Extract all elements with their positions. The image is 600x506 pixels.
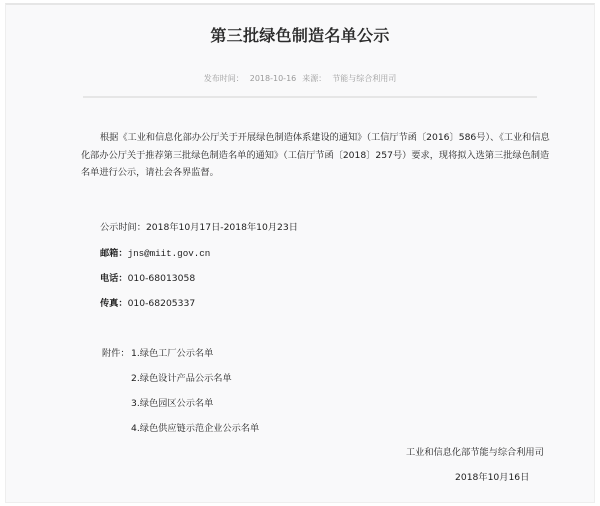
- email-field: 邮箱：jns@miit.gov.cn: [100, 245, 210, 259]
- attachment-link-green-park[interactable]: 3.绿色园区公示名单: [131, 395, 213, 409]
- source-info: 来源：节能与综合利用司: [302, 74, 396, 83]
- fax-field: 传真：010-68205337: [100, 295, 195, 309]
- phone-field: 电话：010-68013058: [100, 270, 195, 284]
- fax-value: 010-68205337: [128, 298, 196, 309]
- signature-date: 2018年10月16日: [455, 469, 529, 483]
- publish-info: 发布时间：2018-10-16: [204, 74, 297, 83]
- attachment-link-green-factory[interactable]: 1.绿色工厂公示名单: [131, 345, 213, 359]
- article-meta: 发布时间：2018-10-16来源：节能与综合利用司: [0, 73, 600, 84]
- header-divider: [83, 96, 537, 98]
- publish-date: 2018-10-16: [250, 74, 297, 83]
- publicity-period: 公示时间：2018年10月17日-2018年10月23日: [100, 219, 298, 233]
- body-paragraph: 根据《工业和信息化部办公厅关于开展绿色制造体系建设的通知》（工信厅节函〔2016…: [81, 129, 551, 182]
- page-title: 第三批绿色制造名单公示: [0, 23, 600, 46]
- phone-label: 电话：: [100, 273, 128, 284]
- publicity-period-label: 公示时间：: [100, 222, 146, 233]
- email-label: 邮箱：: [100, 248, 128, 259]
- source-name: 节能与综合利用司: [332, 74, 396, 83]
- email-value[interactable]: jns@miit.gov.cn: [128, 248, 211, 259]
- attachments-label: 附件：: [102, 345, 130, 359]
- phone-value: 010-68013058: [128, 273, 196, 284]
- source-label: 来源：: [302, 74, 326, 83]
- signature-org: 工业和信息化部节能与综合利用司: [406, 444, 544, 458]
- attachment-link-green-supply-chain[interactable]: 4.绿色供应链示范企业公示名单: [131, 420, 259, 434]
- attachment-link-green-design-product[interactable]: 2.绿色设计产品公示名单: [131, 370, 232, 384]
- publish-label: 发布时间：: [204, 74, 244, 83]
- publicity-period-value: 2018年10月17日-2018年10月23日: [146, 222, 298, 233]
- fax-label: 传真：: [100, 298, 128, 309]
